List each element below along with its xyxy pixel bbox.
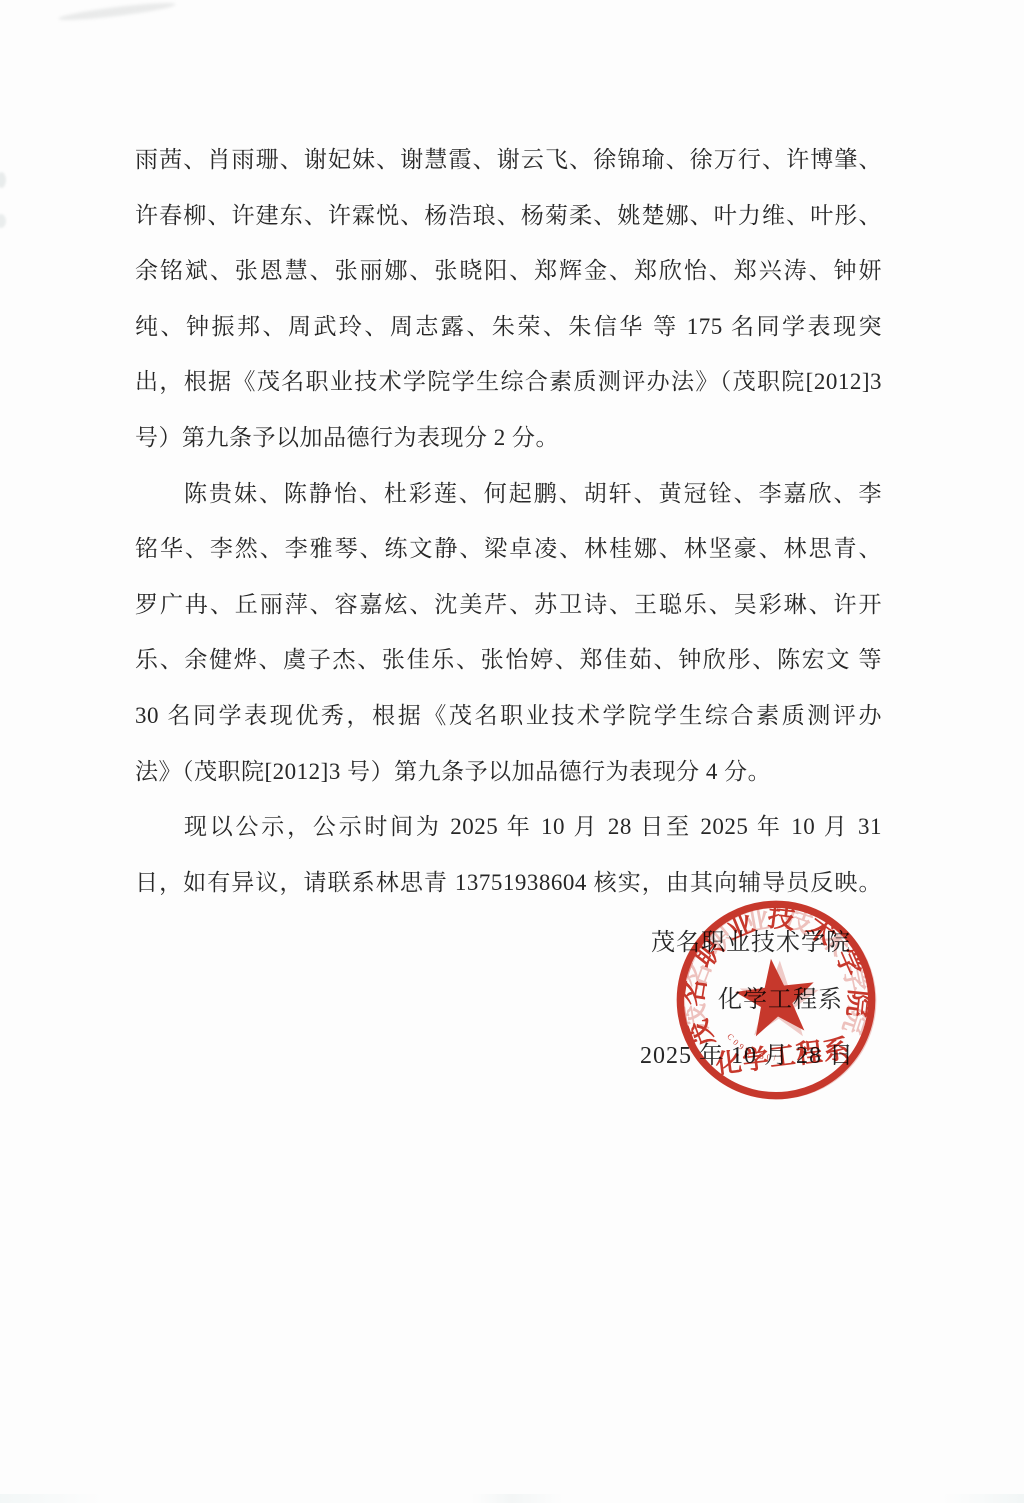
body-line: 30 名同学表现优秀，根据《茂名职业技术学院学生综合素质测评办 <box>135 688 882 744</box>
body-line: 出，根据《茂名职业技术学院学生综合素质测评办法》（茂职院[2012]3 <box>135 354 882 410</box>
body-line: 雨茜、肖雨珊、谢妃妹、谢慧霞、谢云飞、徐锦瑜、徐万行、许博肇、 <box>135 132 882 188</box>
scan-smudge-top-left <box>58 0 176 23</box>
official-seal: 茂名职业技术学院 茂名职业技术学院 化学工程系 C09Q*50/1 <box>660 884 892 1116</box>
body-line: 现以公示，公示时间为 2025 年 10 月 28 日至 2025 年 10 月… <box>135 799 882 855</box>
scanned-document-page: 雨茜、肖雨珊、谢妃妹、谢慧霞、谢云飞、徐锦瑜、徐万行、许博肇、 许春柳、许建东、… <box>0 0 1024 1503</box>
body-line: 铭华、李然、李雅琴、练文静、梁卓凌、林桂娜、林坚豪、林思青、 <box>135 521 882 577</box>
scan-smudge-left-edge <box>0 214 6 228</box>
body-line: 号）第九条予以加品德行为表现分 2 分。 <box>135 410 882 466</box>
body-line: 陈贵妹、陈静怡、杜彩莲、何起鹏、胡轩、黄冠铨、李嘉欣、李 <box>135 466 882 522</box>
scan-smudge-bottom-edge <box>0 1494 1024 1503</box>
body-line: 乐、余健烨、虞子杰、张佳乐、张怡婷、郑佳茹、钟欣彤、陈宏文 等 <box>135 632 882 688</box>
body-line: 余铭斌、张恩慧、张丽娜、张晓阳、郑辉金、郑欣怡、郑兴涛、钟妍 <box>135 243 882 299</box>
body-line: 罗广冉、丘丽萍、容嘉炫、沈美芹、苏卫诗、王聪乐、吴彩琳、许开 <box>135 577 882 633</box>
document-body: 雨茜、肖雨珊、谢妃妹、谢慧霞、谢云飞、徐锦瑜、徐万行、许博肇、 许春柳、许建东、… <box>135 132 882 910</box>
body-line: 纯、钟振邦、周武玲、周志露、朱荣、朱信华 等 175 名同学表现突 <box>135 299 882 355</box>
body-line: 法》（茂职院[2012]3 号）第九条予以加品德行为表现分 4 分。 <box>135 744 882 800</box>
body-line: 许春柳、许建东、许霖悦、杨浩琅、杨菊柔、姚楚娜、叶力维、叶彤、 <box>135 188 882 244</box>
scan-smudge-left-edge <box>0 172 6 188</box>
